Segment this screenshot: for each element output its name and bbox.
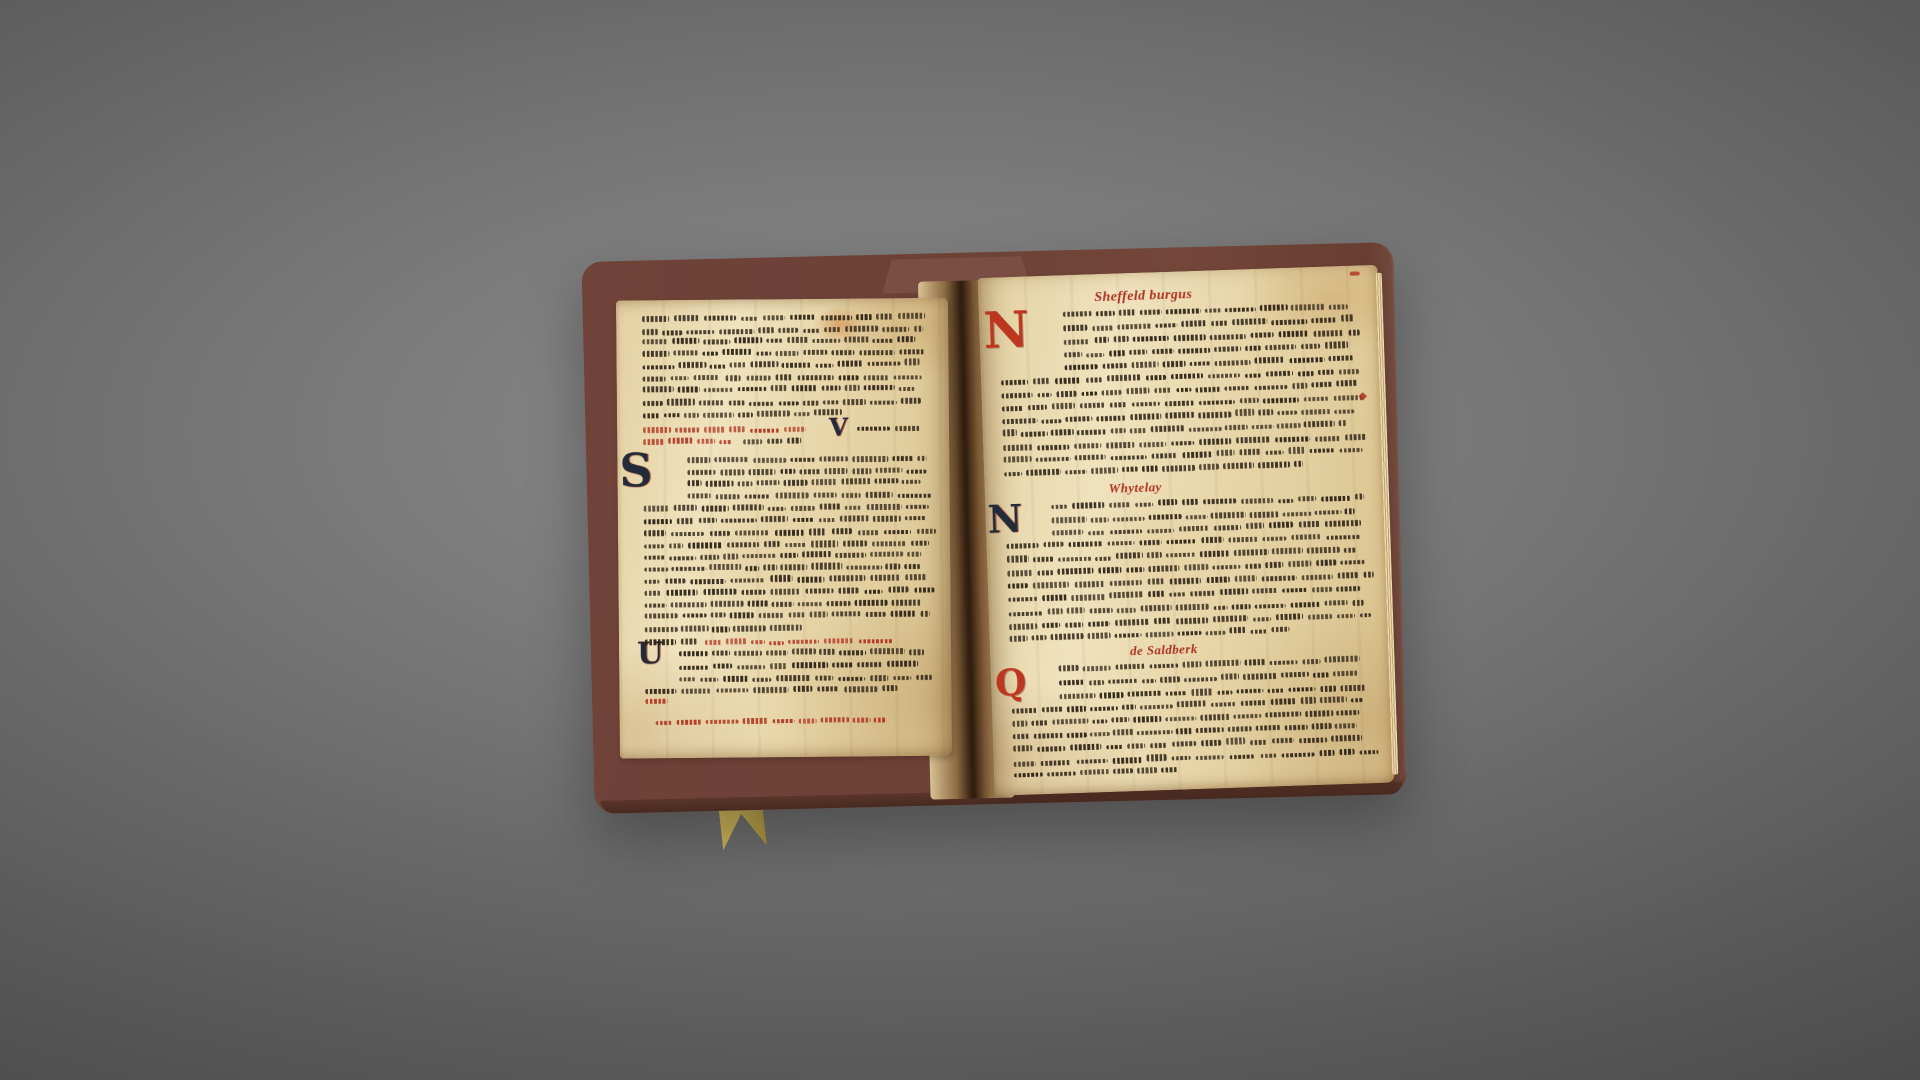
script-word [803,400,819,406]
script-word [905,516,926,521]
script-word [1072,594,1106,601]
rubric-line [643,437,735,446]
script-word [1028,405,1047,411]
script-word [644,590,661,595]
script-word [852,468,871,475]
script-word [917,528,937,533]
script-word [1014,761,1036,767]
script-word [1245,373,1261,378]
script-word [1147,578,1164,585]
script-word [814,493,837,498]
script-word [645,603,667,608]
script-word [1133,716,1161,722]
script-word [853,718,870,723]
script-word [1345,433,1366,440]
script-word [854,600,887,607]
script-word [1214,347,1241,353]
script-word [1117,324,1151,330]
script-word [1075,454,1106,460]
script-word [1102,389,1122,395]
script-word [839,587,859,593]
script-word [1044,542,1064,548]
script-word [1213,564,1241,569]
script-word [1068,541,1102,547]
script-word [766,651,788,656]
script-word [1245,563,1261,569]
script-word [1088,530,1105,535]
script-word [1091,466,1119,473]
script-word [761,515,788,522]
script-word [1329,355,1355,361]
script-word [1272,548,1302,555]
script-word [1007,556,1030,563]
script-word [1056,390,1076,397]
script-word [1189,427,1222,432]
script-word [705,639,722,644]
script-word [1333,671,1359,677]
script-word [805,588,833,593]
script-word [1133,336,1169,342]
script-word [699,518,717,523]
script-word [1208,374,1241,379]
manuscript-line [642,359,930,370]
script-word [1282,587,1307,592]
script-word [1289,448,1305,455]
script-word [1089,621,1111,627]
script-word [688,480,702,487]
script-word [857,662,882,667]
script-word [746,376,770,381]
script-word [914,325,923,331]
script-word [873,516,901,522]
script-word [729,427,746,433]
script-word [1064,339,1090,345]
script-word [825,468,848,474]
script-word [1065,469,1087,474]
script-word [1096,311,1115,317]
script-word [866,504,901,510]
script-word [1312,672,1329,678]
script-word [859,351,894,356]
script-word [901,398,921,404]
illuminated-initial-Q: Q [995,667,1027,700]
model-viewport[interactable]: VSU Sheffeld burgusNWhytelayNde Saldberk… [0,0,1920,1080]
script-word [883,326,910,331]
script-word [832,612,861,617]
script-word [917,456,926,461]
script-word [1334,409,1355,414]
script-word [769,641,783,645]
script-word [1059,680,1085,686]
script-word [1007,569,1033,576]
script-word [1115,664,1145,670]
script-word [892,456,913,461]
script-word [1065,363,1099,370]
script-word [1140,310,1162,315]
script-word [1149,565,1180,573]
script-word [704,388,734,392]
script-word [721,518,757,523]
script-word [1179,526,1209,532]
script-word [1113,769,1133,775]
script-word [1059,665,1079,672]
script-word [644,519,672,525]
script-word [642,316,669,322]
manuscript-line [642,336,930,346]
script-word [1108,541,1134,546]
script-word [642,328,658,334]
script-word [1326,535,1361,540]
script-word [1269,522,1294,529]
script-word [644,568,668,572]
script-word [787,438,801,444]
script-word [841,492,860,498]
script-word [1229,537,1258,543]
script-word [1002,406,1023,412]
script-word [815,675,833,680]
script-word [1147,528,1173,533]
script-word [1042,594,1068,600]
script-word [832,350,855,355]
script-word [742,553,776,558]
script-word [1080,403,1106,409]
script-word [690,579,725,585]
script-word [793,412,810,417]
script-word [1116,552,1143,559]
script-word [1032,635,1047,641]
manuscript-line [644,503,932,513]
script-word [1196,755,1224,760]
manuscript-line [687,466,931,477]
script-word [703,412,735,418]
script-word [916,674,932,679]
script-word [671,531,704,536]
manuscript-line [687,455,931,464]
script-word [645,699,667,704]
script-word [1252,425,1274,430]
script-word [788,639,819,643]
script-word [711,613,725,618]
script-word [1255,725,1281,731]
script-word [1308,613,1333,619]
script-word [673,350,698,355]
script-word [1302,659,1320,665]
script-word [643,401,663,406]
script-word [667,399,694,406]
script-word [665,579,685,584]
script-word [790,315,817,320]
script-word [1268,688,1284,693]
script-word [1184,677,1217,683]
rubric-line [656,715,896,726]
script-word [1160,677,1181,684]
script-word [723,553,739,560]
script-word [832,662,853,668]
script-word [1239,398,1258,404]
script-word [1095,557,1112,562]
script-word [856,314,871,320]
script-word [750,428,780,433]
manuscript-line [643,372,931,381]
script-word [669,556,696,561]
script-word [644,579,659,584]
script-word [714,457,749,462]
script-word [1151,453,1178,459]
script-word [1132,402,1160,407]
script-word [1299,521,1320,528]
script-word [1210,334,1246,340]
script-word [1128,690,1162,697]
script-word [1137,768,1158,775]
script-word [1070,744,1102,751]
script-word [1142,679,1156,684]
script-word [1092,718,1108,723]
script-word [872,540,905,546]
script-word [874,718,885,723]
script-word [750,361,778,367]
script-word [1074,581,1104,588]
script-word [1319,695,1346,702]
script-word [1350,698,1362,702]
script-word [710,364,726,368]
script-word [1171,374,1203,380]
script-word [853,457,888,463]
script-word [1165,716,1196,721]
script-word [766,339,783,343]
script-word [1149,664,1179,669]
script-word [644,555,665,560]
script-word [1087,353,1105,358]
script-word [815,363,834,368]
script-word [1298,371,1313,377]
script-word [1110,580,1142,586]
script-word [1288,686,1316,691]
script-word [1165,309,1201,315]
script-word [1109,350,1126,357]
script-word [682,614,706,618]
script-word [1176,727,1192,734]
script-word [1211,321,1228,327]
script-word [1140,441,1167,447]
script-word [1066,416,1092,422]
script-word [820,717,849,723]
script-word [694,374,720,380]
script-word [790,458,815,462]
manuscript-line [644,513,932,525]
script-word [823,400,838,404]
script-word [1050,633,1084,641]
script-word [818,686,839,692]
script-word [1288,561,1311,568]
script-word [676,720,702,726]
manuscript-line [679,648,933,657]
script-word [1255,385,1288,390]
script-word [1055,377,1081,384]
script-word [687,457,710,463]
script-word [1338,420,1346,427]
script-word [1311,723,1331,730]
script-word [1089,680,1104,686]
script-word [712,651,730,656]
script-word [716,689,748,693]
script-word [697,439,715,444]
script-word [798,718,816,724]
script-word [798,576,824,583]
script-word [1214,525,1241,531]
script-word [1272,626,1290,632]
rubric-header-lower: de Saldberk [1130,641,1198,659]
script-word [1263,536,1287,541]
script-word [857,427,890,432]
script-word [812,480,837,486]
script-word [864,385,895,390]
script-word [672,567,706,572]
script-word [1090,731,1110,736]
script-word [829,575,865,582]
script-word [827,602,851,607]
script-word [674,316,700,322]
script-word [664,413,681,417]
script-word [768,507,786,512]
script-word [1258,461,1289,468]
script-word [1271,697,1297,704]
script-word [699,400,725,405]
script-word [846,565,882,570]
script-word [749,401,775,406]
script-word [1341,559,1366,564]
script-word [870,552,903,557]
script-word [1115,619,1149,626]
script-word [770,624,802,630]
script-word [871,574,901,581]
script-word [1252,587,1278,593]
script-word [1176,387,1191,392]
script-word [1241,498,1273,504]
script-word [776,675,810,681]
script-word [838,677,866,681]
script-word [870,649,905,655]
script-word [864,589,883,594]
script-word [792,649,816,655]
script-word [899,350,925,355]
script-word [822,386,841,391]
script-word [730,612,754,618]
script-word [710,530,730,535]
script-word [757,481,780,486]
script-word [1111,716,1129,722]
script-word [793,518,815,522]
script-word [645,689,676,694]
script-word [1243,673,1277,681]
manuscript-line [679,673,933,682]
script-word [894,375,922,379]
script-word [1132,361,1158,368]
manuscript-line [645,623,818,633]
script-word [1109,591,1143,598]
script-word [1063,311,1093,317]
script-word [821,315,852,320]
script-word [763,564,777,570]
script-word [882,685,898,691]
script-word [1052,403,1076,410]
script-word [1165,412,1194,419]
script-word [1110,402,1127,408]
script-word [1198,412,1231,419]
script-word [1114,336,1128,342]
script-word [757,410,790,417]
script-word [794,686,813,693]
script-word [791,506,815,511]
script-word [1111,455,1147,461]
script-word [1176,603,1209,610]
script-word [884,529,911,534]
script-word [1103,363,1128,369]
script-word [864,375,888,380]
script-word [1177,631,1202,636]
manuscript-line [688,490,932,499]
script-word [820,456,849,462]
script-word [1166,539,1196,544]
script-word [844,687,877,693]
script-word [1169,577,1201,584]
script-word [1092,326,1113,332]
script-word [819,518,835,522]
script-word [1036,457,1070,463]
script-word [785,542,806,547]
script-word [1315,436,1340,442]
script-word [741,316,759,321]
illuminated-initial-N: N [987,502,1023,537]
script-word [1031,720,1049,726]
script-word [1285,725,1308,730]
script-word [1150,743,1167,749]
script-word [645,614,678,619]
script-word [1095,336,1110,343]
script-word [719,328,755,334]
script-word [1253,616,1270,621]
script-word [1226,738,1246,745]
script-word [1107,374,1141,381]
script-word [1037,747,1065,753]
script-word [643,376,666,381]
script-word [770,663,788,669]
script-word [1201,537,1223,543]
script-word [1236,436,1271,443]
script-word [1204,308,1221,313]
script-word [1336,380,1358,387]
script-word [1148,590,1165,597]
script-word [735,530,769,535]
script-word [1225,307,1256,312]
script-word [1227,726,1252,732]
script-word [734,338,762,344]
script-word [1311,318,1336,324]
manuscript-line [645,609,933,619]
script-word [763,315,785,321]
script-word [1177,700,1207,707]
script-word [1037,392,1052,397]
script-word [1236,688,1263,693]
script-word [703,588,736,595]
manuscript-line [644,538,932,549]
script-word [802,551,831,557]
script-word [1089,608,1112,613]
script-word [1260,753,1276,758]
script-word [1034,733,1064,739]
script-word [1161,768,1177,773]
script-word [1106,745,1123,750]
script-word [1262,575,1296,581]
